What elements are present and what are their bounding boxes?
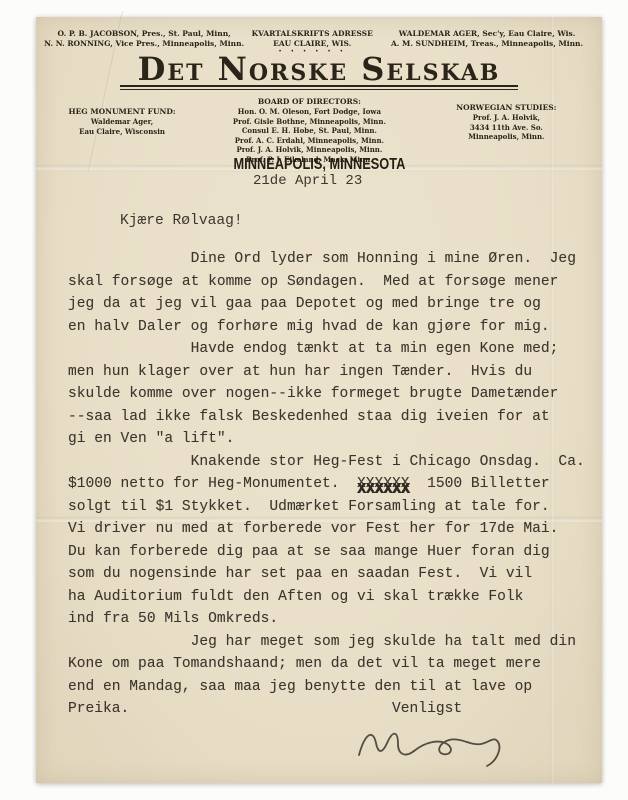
city-line: MINNEAPOLIS, MINNESOTA <box>36 156 602 174</box>
masthead: Det Norske Selskab <box>36 53 602 90</box>
heg-fund-line: Waldemar Ager, <box>50 117 194 127</box>
organization-title: Det Norske Selskab <box>36 53 602 85</box>
officer-line: O. P. B. JACOBSON, Pres., St. Paul, Minn… <box>44 29 244 39</box>
signature-scrawl <box>351 719 516 774</box>
letter-date: 21de April 23 <box>253 173 362 189</box>
studies-line: Minneapolis, Minn. <box>425 132 588 142</box>
board-member: Prof. Gisle Bothne, Minneapolis, Minn. <box>194 117 425 127</box>
board-of-directors-block: BOARD OF DIRECTORS: Hon. O. M. Oleson, F… <box>194 97 425 165</box>
studies-heading: NORWEGIAN STUDIES: <box>425 103 588 113</box>
heg-monument-fund-block: HEG MONUMENT FUND: Waldemar Ager, Eau Cl… <box>50 97 194 165</box>
title-underline-thin <box>120 89 518 90</box>
scan-background: O. P. B. JACOBSON, Pres., St. Paul, Minn… <box>0 0 628 800</box>
heg-fund-heading: HEG MONUMENT FUND: <box>50 107 194 117</box>
salutation: Kjære Rølvaag! <box>120 213 243 229</box>
board-heading: BOARD OF DIRECTORS: <box>194 97 425 107</box>
board-member: Prof. A. C. Erdahl, Minneapolis, Minn. <box>194 136 425 146</box>
letter-body: Dine Ord lyder som Honning i mine Øren. … <box>68 248 585 721</box>
letter-paper: O. P. B. JACOBSON, Pres., St. Paul, Minn… <box>36 17 602 783</box>
studies-line: Prof. J. A. Holvik, <box>425 113 588 123</box>
board-member: Prof. J. A. Holvik, Minneapolis, Minn. <box>194 145 425 155</box>
officer-line: WALDEMAR AGER, Sec'y, Eau Claire, Wis. <box>380 29 594 39</box>
letterhead-second-row: HEG MONUMENT FUND: Waldemar Ager, Eau Cl… <box>50 97 588 165</box>
typewriter-overstrike: XXXXXX <box>357 479 410 502</box>
officer-line: A. M. SUNDHEIM, Treas., Minneapolis, Min… <box>380 39 594 49</box>
board-member: Hon. O. M. Oleson, Fort Dodge, Iowa <box>194 107 425 117</box>
studies-line: 3434 11th Ave. So. <box>425 123 588 133</box>
city-line-text: MINNEAPOLIS, MINNESOTA <box>233 156 405 174</box>
quarterly-address-line: KVARTALSKRIFTS ADRESSE <box>244 29 380 39</box>
heg-fund-line: Eau Claire, Wisconsin <box>50 127 194 137</box>
board-member: Consul E. H. Hobe, St. Paul, Minn. <box>194 126 425 136</box>
officer-line: N. N. RONNING, Vice Pres., Minneapolis, … <box>44 39 244 49</box>
norwegian-studies-block: NORWEGIAN STUDIES: Prof. J. A. Holvik, 3… <box>425 97 588 165</box>
